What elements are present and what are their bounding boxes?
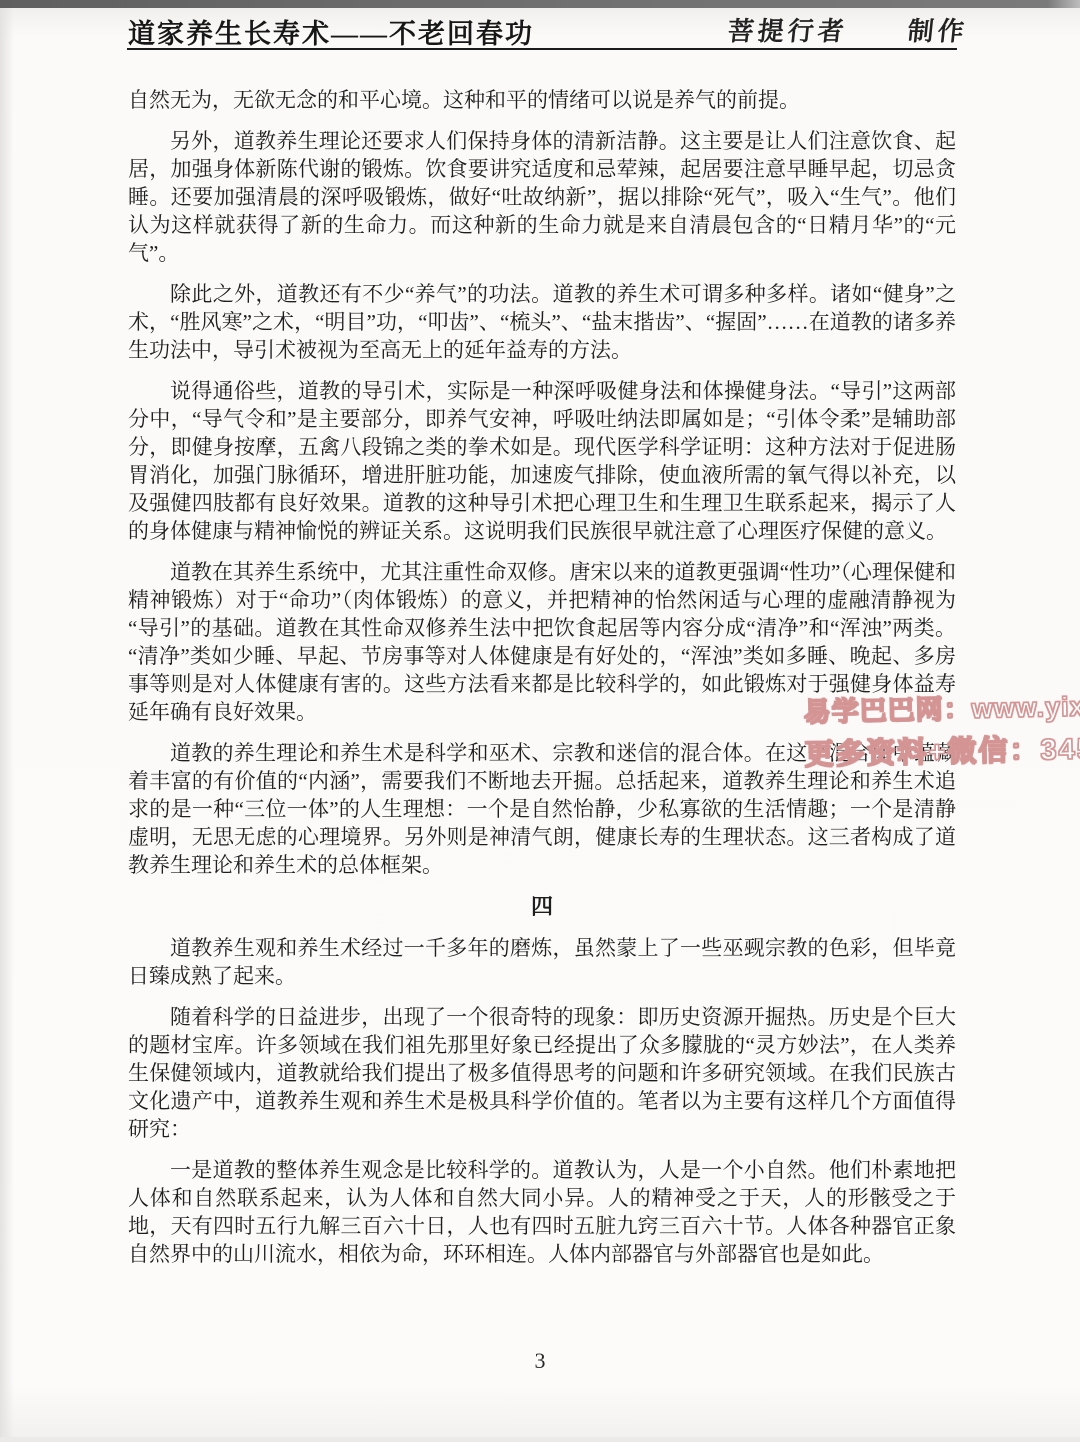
paragraph: 说得通俗些，道教的导引术，实际是一种深呼吸健身法和体操健身法。“导引”这两部分中… <box>128 377 956 545</box>
paragraph: 道教养生观和养生术经过一千多年的磨炼，虽然蒙上了一些巫觋宗教的色彩，但毕竟日臻成… <box>128 934 956 990</box>
paragraph: 随着科学的日益进步，出现了一个很奇特的现象：即历史资源开掘热。历史是个巨大的题材… <box>128 1003 956 1143</box>
section-heading: 四 <box>128 893 956 921</box>
body-text: 自然无为，无欲无念的和平心境。这种和平的情绪可以说是养气的前提。 另外，道教养生… <box>128 86 956 1268</box>
watermark: 易学巴巴网：www.yixue88.cn 更多资料+微信：3458344044 <box>803 682 1080 774</box>
scanned-book-page: 道家养生长寿术——不老回春功 菩提行者 制作 自然无为，无欲无念的和平心境。这种… <box>0 0 1080 1442</box>
watermark-wechat-contact: 更多资料+微信：3458344044 <box>804 724 1080 774</box>
paragraph: 另外，道教养生理论还要求人们保持身体的清新洁静。这主要是让人们注意饮食、起居，加… <box>128 127 956 267</box>
paragraph: 除此之外，道教还有不少“养气”的功法。道教的养生术可谓多种多样。诸如“健身”之术… <box>128 280 956 364</box>
paragraph: 一是道教的整体养生观念是比较科学的。道教认为，人是一个小自然。他们朴素地把人体和… <box>128 1156 956 1268</box>
document-page: 道家养生长寿术——不老回春功 菩提行者 制作 自然无为，无欲无念的和平心境。这种… <box>0 8 1080 1442</box>
paragraph: 自然无为，无欲无念的和平心境。这种和平的情绪可以说是养气的前提。 <box>128 86 956 114</box>
scan-edge-bottom <box>0 1437 1080 1442</box>
header-rule <box>127 48 957 50</box>
header-credit: 菩提行者 制作 <box>726 11 970 48</box>
page-number: 3 <box>0 1348 1080 1374</box>
watermark-site-url: 易学巴巴网：www.yixue88.cn <box>803 682 1080 730</box>
scan-edge-top <box>0 0 1080 8</box>
book-title: 道家养生长寿术——不老回春功 <box>128 12 534 51</box>
